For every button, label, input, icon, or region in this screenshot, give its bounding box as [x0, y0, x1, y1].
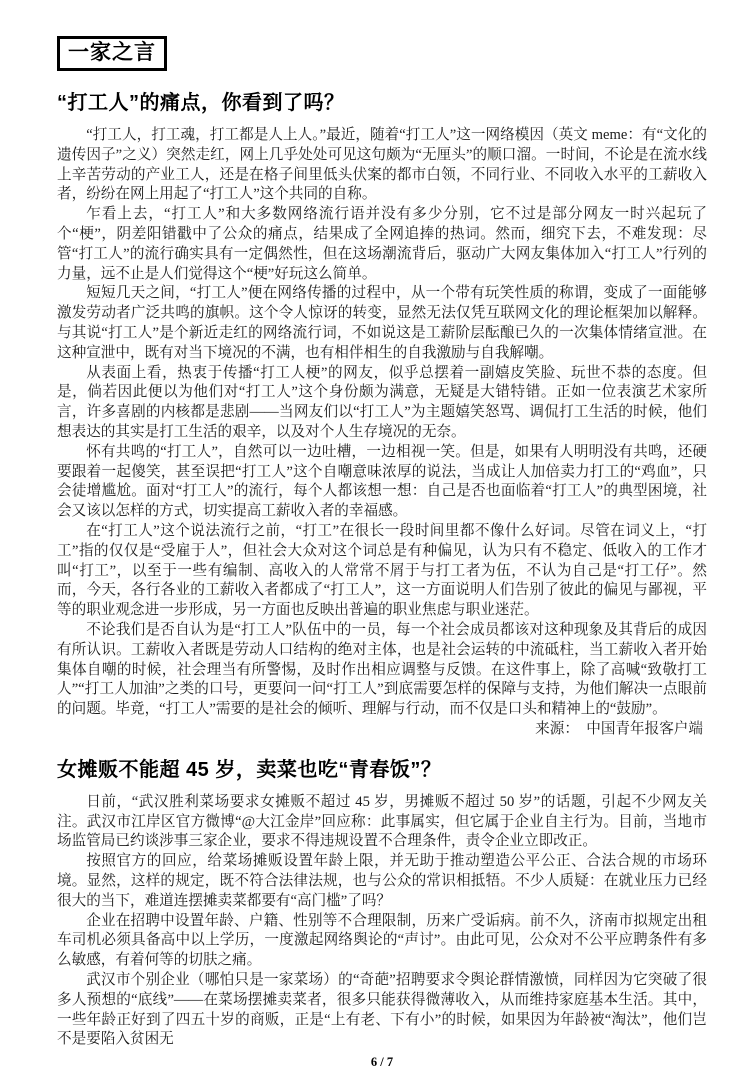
article1-paragraph-2: 乍看上去，“打工人”和大多数网络流行语并没有多少分别，它不过是部分网友一时兴起玩… — [57, 205, 707, 284]
article1-paragraph-1: “打工人，打工魂，打工都是人上人。”最近，随着“打工人”这一网络模因（英文 me… — [57, 126, 707, 205]
article2-paragraph-3: 企业在招聘中设置年龄、户籍、性别等不合理限制，历来广受诟病。前不久，济南市拟规定… — [57, 912, 707, 971]
article1-paragraph-3: 短短几天之间，“打工人”便在网络传播的过程中，从一个带有玩笑性质的称谓，变成了一… — [57, 284, 707, 363]
article2-body: 日前，“武汉胜利菜场要求女摊贩不超过 45 岁，男摊贩不超过 50 岁”的话题，… — [57, 793, 707, 1050]
article1-title: “打工人”的痛点，你看到了吗？ — [57, 86, 707, 115]
article2-paragraph-4: 武汉市个别企业（哪怕只是一家菜场）的“奇葩”招聘要求令舆论群情激愤，同样因为它突… — [57, 971, 707, 1050]
article2-title: 女摊贩不能超 45 岁，卖菜也吃“青春饭”？ — [57, 753, 707, 782]
article2-paragraph-2: 按照官方的回应，给菜场摊贩设置年龄上限，并无助于推动塑造公平公正、合法合规的市场… — [57, 852, 707, 911]
article1-body: “打工人，打工魂，打工都是人上人。”最近，随着“打工人”这一网络模因（英文 me… — [57, 126, 707, 740]
article2-paragraph-1: 日前，“武汉胜利菜场要求女摊贩不超过 45 岁，男摊贩不超过 50 岁”的话题，… — [57, 793, 707, 852]
article1-paragraph-6: 在“打工人”这个说法流行之前，“打工”在很长一段时间里都不像什么好词。尽管在词义… — [57, 522, 707, 621]
section-label: 一家之言 — [68, 41, 156, 64]
page-number: 6 / 7 — [57, 1055, 707, 1069]
section-label-box: 一家之言 — [57, 36, 167, 71]
document-page: 一家之言 “打工人”的痛点，你看到了吗？ “打工人，打工魂，打工都是人上人。”最… — [0, 0, 753, 1069]
article1-paragraph-7: 不论我们是否自认为是“打工人”队伍中的一员，每一个社会成员都该对这种现象及其背后… — [57, 621, 707, 720]
article1-paragraph-4: 从表面上看，热衷于传播“打工人梗”的网友，似乎总摆着一副嬉皮笑脸、玩世不恭的态度… — [57, 364, 707, 443]
article1-paragraph-5: 怀有共鸣的“打工人”，自然可以一边吐槽，一边相视一笑。但是，如果有人明明没有共鸣… — [57, 443, 707, 522]
article1-source: 来源： 中国青年报客户端 — [57, 720, 707, 740]
